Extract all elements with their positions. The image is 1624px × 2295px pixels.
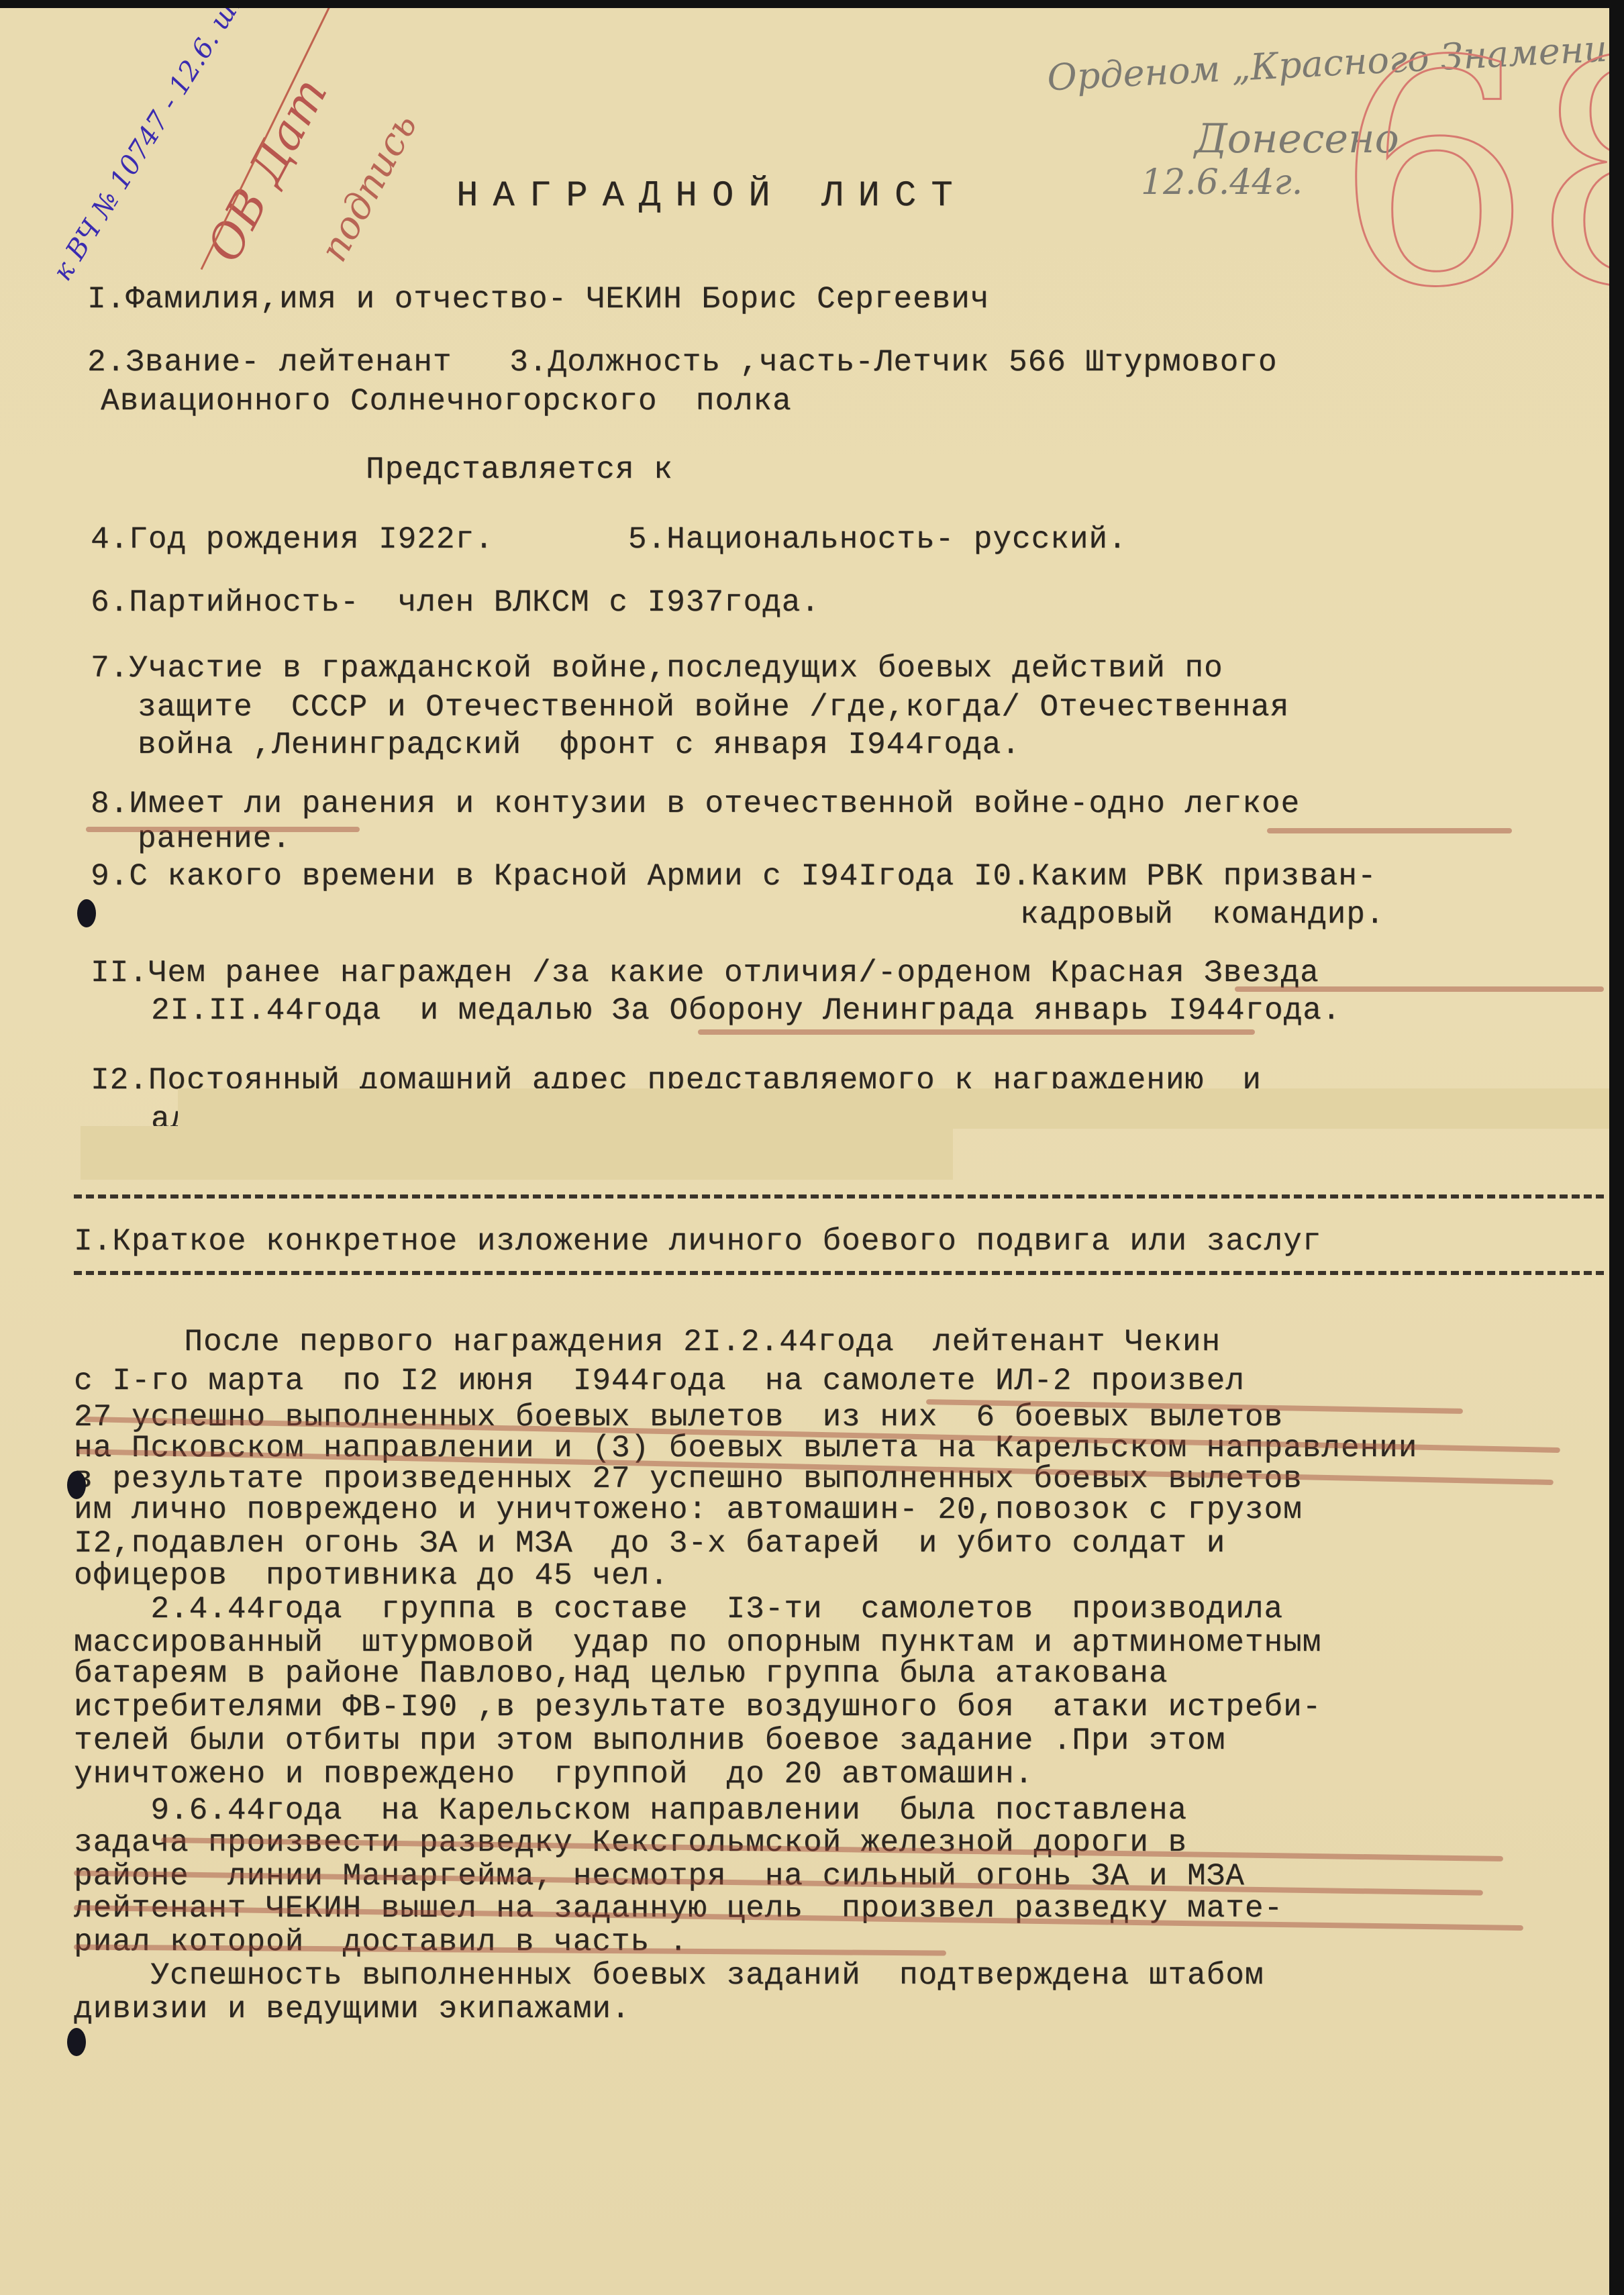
underline-leningrad-medal — [698, 1029, 1255, 1035]
body-line: уничтожено и повреждено группой до 20 ав… — [74, 1757, 1033, 1792]
body-line: I2,подавлен огонь ЗА и МЗА до 3-х батаре… — [74, 1526, 1225, 1561]
separator-bottom — [74, 1271, 1604, 1275]
underline-red-star — [1235, 986, 1604, 992]
field-participation-2: защите СССР и Отечественной войне /где,к… — [138, 690, 1289, 725]
red-pencil-signature: подпись — [312, 107, 426, 269]
field-birth-nationality: 4.Год рождения I922г. 5.Национальность- … — [91, 522, 1127, 557]
body-line: с I-го марта по I2 июня I944года на само… — [74, 1364, 1245, 1398]
scan-right-border — [1609, 0, 1624, 2295]
field-participation-3: война ,Ленинградский фронт с января I944… — [138, 727, 1021, 762]
body-line: 9.6.44года на Карельском направлении был… — [74, 1793, 1187, 1828]
underline-wounds — [86, 827, 360, 832]
grey-pencil-date: 12.6.44г. — [1141, 162, 1303, 203]
field-army-since: 9.С какого времени в Красной Армии с I94… — [91, 859, 1377, 894]
redacted-address-line — [81, 1126, 953, 1180]
body-line: офицеров противника до 45 чел. — [74, 1558, 669, 1593]
body-line: массированный штурмовой удар по опорным … — [74, 1625, 1321, 1660]
underline-light-wound — [1267, 828, 1512, 833]
body-line: После первого награждения 2I.2.44года ле… — [107, 1325, 1221, 1360]
body-line: им лично повреждено и уничтожено: автома… — [74, 1492, 1303, 1527]
field-full-name: I.Фамилия,имя и отчество- ЧЕКИН Борис Се… — [87, 282, 989, 317]
body-line: 2.4.44года группа в составе I3-ти самоле… — [74, 1592, 1283, 1627]
body-line: дивизии и ведущими экипажами. — [74, 1992, 631, 2027]
body-line: истребителями ФВ-I90 ,в результате возду… — [74, 1690, 1321, 1725]
redacted-address — [178, 1088, 1609, 1129]
field-participation-1: 7.Участие в гражданской войне,последущих… — [91, 651, 1223, 686]
document-title: НАГРАДНОЙ ЛИСТ — [456, 176, 968, 217]
field-previous-awards-1: II.Чем ранее награжден /за какие отличия… — [91, 956, 1319, 990]
field-presented-for: Представляется к — [366, 452, 673, 487]
scan-top-border — [0, 0, 1624, 8]
binder-hole — [77, 899, 96, 927]
field-career-officer: кадровый командир. — [1020, 897, 1385, 932]
body-line: Успешность выполненных боевых заданий по… — [74, 1958, 1264, 1993]
field-wounds-1: 8.Имеет ли ранения и контузии в отечеств… — [91, 786, 1300, 821]
body-line: на Псковском направлении и (3) боевых вы… — [74, 1431, 1417, 1466]
field-party: 6.Партийность- член ВЛКСМ с I937года. — [91, 585, 820, 620]
separator-top — [74, 1194, 1604, 1198]
section-heading: I.Краткое конкретное изложение личного б… — [74, 1224, 1321, 1259]
field-previous-awards-2: 2I.II.44года и медалью За Оборону Ленинг… — [151, 993, 1341, 1028]
field-regiment: Авиационного Солнечногорского полка — [101, 384, 792, 419]
binder-hole — [67, 2028, 86, 2056]
field-rank-position: 2.Звание- лейтенант 3.Должность ,часть-Л… — [87, 345, 1277, 380]
body-line: батареям в районе Павлово,над целью груп… — [74, 1656, 1168, 1691]
red-pencil-number: 68 — [1335, 21, 1609, 330]
award-sheet-page: к ВЧ № 10747 - 12.6. шт. ОВ Дат подпись … — [0, 8, 1609, 2295]
body-line: риал которой доставил в часть . — [74, 1925, 688, 1959]
body-line: телей были отбиты при этом выполнив боев… — [74, 1723, 1225, 1758]
binder-hole — [67, 1471, 86, 1499]
